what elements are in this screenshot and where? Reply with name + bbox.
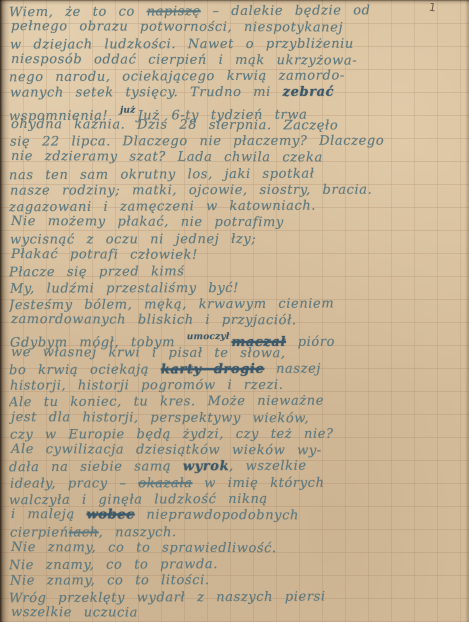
text-segment: już [120,105,136,115]
text-segment: ideały, pracy – [10,476,138,491]
text-segment: czy w Europie będą żydzi, czy też nie? [10,427,334,443]
text-segment: wobec [87,508,135,523]
manuscript-page: 1 Wiem, że to co napiszę – dalekie będzi… [0,0,469,622]
manuscript-line: Nie znamy, co to litości. [10,573,465,590]
manuscript-line: Nie możemy płakać, nie potrafimy [11,214,465,232]
manuscript-line: wspomnienia! jużJuż 6-ty tydzień trwa [9,100,465,119]
text-segment: bo krwią ociekają [9,362,161,378]
manuscript-line: cierpieńiach, naszych. [10,524,465,541]
text-segment: Nie znamy, co to prawda. [9,557,218,573]
text-segment: historji, historji pogromów i rzezi. [10,378,283,394]
text-segment: Płacze się przed kimś [9,265,185,281]
text-segment: zebrać [283,85,335,100]
text-segment: walczyła i ginęła ludzkość nikną [9,492,268,508]
text-segment: wycisnąć z oczu ni jednej łzy; [10,232,256,248]
text-segment: jest dla historji, perspektywy wieków, [11,410,309,426]
text-segment: Jesteśmy bólem, męką, krwawym cieniem [9,296,334,313]
text-segment: My, ludźmi przestaliśmy być! [10,281,239,297]
text-segment: Nie możemy płakać, nie potrafimy [11,214,284,230]
manuscript-line: wanych setek tysięcy. Trudno mi zebrać [10,85,465,102]
manuscript-line: w dziejach ludzkości. Nawet o przybliżen… [10,36,465,53]
manuscript-line: ideały, pracy – okazała w imię których [10,475,465,492]
text-segment: nasze rodziny; matki, ojcowie, siostry, … [10,183,372,199]
text-segment: okazała [138,476,192,491]
text-segment: karty drogie [161,362,265,378]
manuscript-line: bo krwią ociekają karty drogie naszej [9,361,465,380]
manuscript-line: Ale tu koniec, tu kres. Może nieważne [9,393,465,412]
text-segment: naszej [264,361,321,376]
text-segment: wszelkie uczucia [11,605,138,621]
manuscript-line: we własnej krwi i pisał te słowa, [11,345,465,363]
text-segment: Płakać potrafi człowiek! [11,247,198,263]
text-segment: Nie znamy, co to litości. [10,573,210,589]
text-segment: nego narodu, ociekającego krwią zamordo- [9,68,345,85]
manuscript-line: pełnego obrazu potworności, niespotykane… [11,19,465,37]
text-segment: niesposób oddać cierpień i mąk ukrzyżowa… [11,52,357,69]
text-segment: Ale tu koniec, tu kres. Może nieważne [9,394,324,411]
manuscript-line: Płacze się przed kimś [9,263,465,282]
text-segment: umoczył [187,332,230,342]
manuscript-lines: Wiem, że to co napiszę – dalekie będzie … [9,4,465,622]
text-segment: nieprawdopodobnych [135,508,299,524]
text-segment: i maleją [11,507,87,522]
text-segment: ohydna kaźnia. Dziś 28 sierpnia. Zaczęło [11,117,338,133]
text-segment: , wszelkie [229,459,307,474]
manuscript-line: nasze rodziny; matki, ojcowie, siostry, … [10,182,465,199]
text-segment: nas ten sam okrutny los, jaki spotkał [9,166,315,183]
text-segment: nie zdzieramy szat? Lada chwila czeka [11,149,323,165]
text-segment: napiszę [147,4,201,19]
manuscript-line: nie zdzieramy szat? Lada chwila czeka [11,149,465,167]
manuscript-line: dała na siebie samą wyrok, wszelkie [9,458,465,477]
text-segment: – dalekie będzie od [201,4,371,19]
text-segment: zagazowani i zamęczeni w katowniach. [9,199,316,216]
text-segment: zamordowanych bliskich i przyjaciół. [11,312,297,328]
text-segment: dała na siebie samą [9,460,183,476]
text-segment: Ale cywilizacja dziesiątków wieków wy- [11,442,322,458]
manuscript-line: My, ludźmi przestaliśmy być! [10,280,465,297]
text-segment: w dziejach ludzkości. Nawet o przybliżen… [10,36,354,52]
text-segment: iach [69,525,99,540]
text-segment: wyrok [183,459,229,474]
manuscript-line: ohydna kaźnia. Dziś 28 sierpnia. Zaczęło [11,117,465,135]
text-segment: we własnej krwi i pisał te słowa, [11,345,286,361]
manuscript-line: i maleją wobec nieprawdopodobnych [11,507,465,525]
manuscript-line: Gdybym mógł, tobym umoczyłmaczał pióro [10,329,465,346]
text-segment: Wiem, że to co [9,4,147,20]
text-segment: , naszych. [99,525,177,540]
text-segment: w imię których [193,475,325,490]
text-segment: cierpień [10,525,69,540]
text-segment: Wróg przeklęty wydarł z naszych piersi [9,589,326,606]
text-segment: pełnego obrazu potworności, niespotykane… [11,19,343,35]
manuscript-line: zamordowanych bliskich i przyjaciół. [11,312,465,330]
manuscript-line: nas ten sam okrutny los, jaki spotkał [9,165,465,184]
manuscript-line: Wróg przeklęty wydarł z naszych piersi [9,588,465,607]
manuscript-line: jest dla historji, perspektywy wieków, [11,410,465,428]
manuscript-line: wszelkie uczucia [11,605,465,622]
text-segment: się 22 lipca. Dlaczego nie płaczemy? Dla… [10,134,384,150]
manuscript-line: wycisnąć z oczu ni jednej łzy; [10,231,465,248]
manuscript-line: czy w Europie będą żydzi, czy też nie? [10,426,465,443]
text-segment: wanych setek tysięcy. Trudno mi [10,85,283,101]
text-segment: Nie znamy, co to sprawiedliwość. [11,540,277,556]
